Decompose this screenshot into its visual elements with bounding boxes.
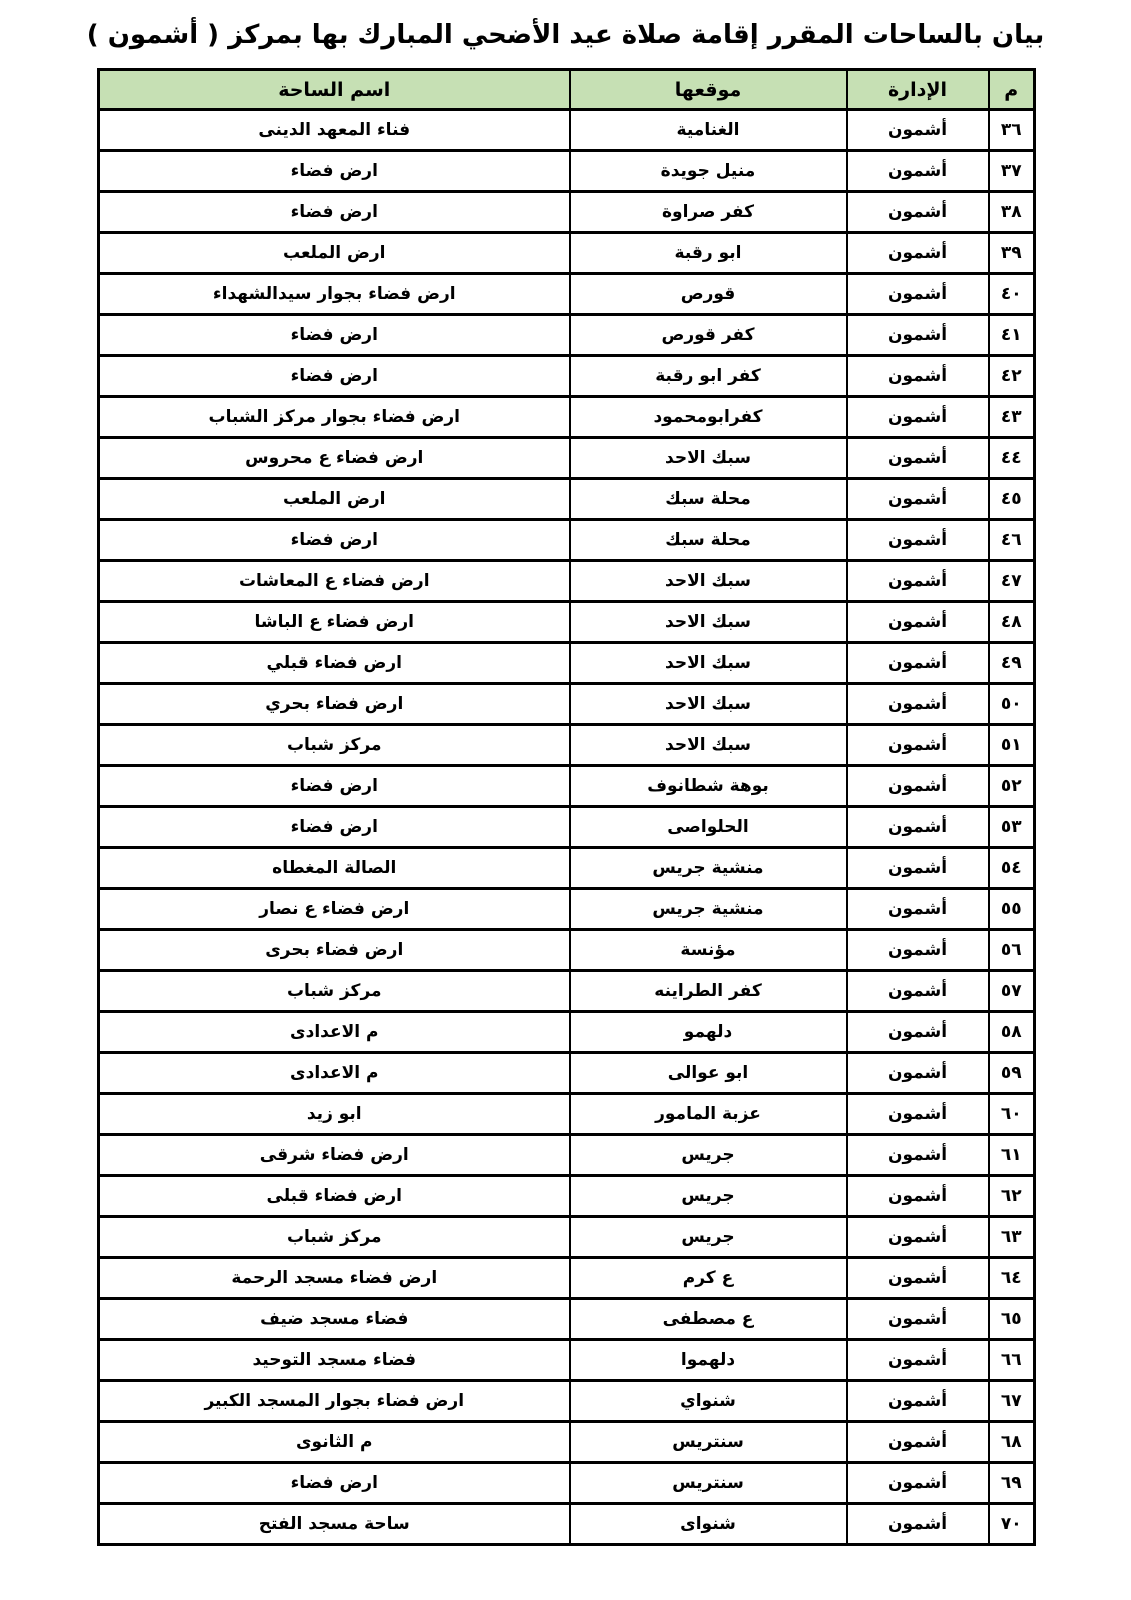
cell-serial: ٤٢ — [989, 356, 1035, 397]
cell-serial: ٦٥ — [989, 1299, 1035, 1340]
table-row: ٤٥ أشمون محلة سبك ارض الملعب — [99, 479, 1035, 520]
table-row: ٣٧ أشمون منيل جويدة ارض فضاء — [99, 151, 1035, 192]
cell-administration: أشمون — [847, 848, 989, 889]
cell-serial: ٤٣ — [989, 397, 1035, 438]
table-row: ٤٩ أشمون سبك الاحد ارض فضاء قبلي — [99, 643, 1035, 684]
table-row: ٦٨ أشمون سنتريس م الثانوى — [99, 1422, 1035, 1463]
cell-name: مركز شباب — [99, 1217, 570, 1258]
cell-location: محلة سبك — [570, 520, 847, 561]
cell-location: جريس — [570, 1135, 847, 1176]
cell-administration: أشمون — [847, 889, 989, 930]
cell-serial: ٥١ — [989, 725, 1035, 766]
table-row: ٤٧ أشمون سبك الاحد ارض فضاء ع المعاشات — [99, 561, 1035, 602]
table-row: ٦٢ أشمون جريس ارض فضاء قبلى — [99, 1176, 1035, 1217]
cell-administration: أشمون — [847, 1340, 989, 1381]
cell-administration: أشمون — [847, 766, 989, 807]
cell-location: بوهة شطانوف — [570, 766, 847, 807]
cell-administration: أشمون — [847, 561, 989, 602]
cell-location: كفر ابو رقبة — [570, 356, 847, 397]
table-row: ٥٤ أشمون منشية جريس الصالة المغطاه — [99, 848, 1035, 889]
cell-location: شنواي — [570, 1381, 847, 1422]
table-row: ٥٠ أشمون سبك الاحد ارض فضاء بحري — [99, 684, 1035, 725]
table-row: ٤٠ أشمون قورص ارض فضاء بجوار سيدالشهداء — [99, 274, 1035, 315]
cell-location: ابو عوالى — [570, 1053, 847, 1094]
cell-administration: أشمون — [847, 1217, 989, 1258]
cell-administration: أشمون — [847, 725, 989, 766]
cell-serial: ٤٥ — [989, 479, 1035, 520]
cell-administration: أشمون — [847, 1504, 989, 1545]
cell-serial: ٧٠ — [989, 1504, 1035, 1545]
cell-name: ارض فضاء — [99, 766, 570, 807]
table-row: ٧٠ أشمون شنواى ساحة مسجد الفتح — [99, 1504, 1035, 1545]
cell-name: ارض فضاء شرقى — [99, 1135, 570, 1176]
cell-serial: ٤٤ — [989, 438, 1035, 479]
table-row: ٦٧ أشمون شنواي ارض فضاء بجوار المسجد الك… — [99, 1381, 1035, 1422]
cell-name: ارض الملعب — [99, 233, 570, 274]
col-header-name: اسم الساحة — [99, 70, 570, 110]
cell-serial: ٤٨ — [989, 602, 1035, 643]
cell-location: سبك الاحد — [570, 643, 847, 684]
cell-serial: ٣٨ — [989, 192, 1035, 233]
cell-name: ارض فضاء بجوار سيدالشهداء — [99, 274, 570, 315]
cell-administration: أشمون — [847, 1176, 989, 1217]
table-row: ٦٩ أشمون سنتريس ارض فضاء — [99, 1463, 1035, 1504]
cell-name: ارض فضاء ع نصار — [99, 889, 570, 930]
cell-location: سبك الاحد — [570, 602, 847, 643]
cell-serial: ٥٤ — [989, 848, 1035, 889]
cell-location: محلة سبك — [570, 479, 847, 520]
cell-name: م الاعدادى — [99, 1053, 570, 1094]
cell-serial: ٥٦ — [989, 930, 1035, 971]
cell-serial: ٤٧ — [989, 561, 1035, 602]
cell-location: كفر صراوة — [570, 192, 847, 233]
cell-administration: أشمون — [847, 315, 989, 356]
cell-location: ع كرم — [570, 1258, 847, 1299]
cell-name: ارض فضاء — [99, 807, 570, 848]
cell-location: منشية جريس — [570, 889, 847, 930]
table-row: ٥٥ أشمون منشية جريس ارض فضاء ع نصار — [99, 889, 1035, 930]
cell-administration: أشمون — [847, 1094, 989, 1135]
cell-serial: ٥٣ — [989, 807, 1035, 848]
cell-administration: أشمون — [847, 643, 989, 684]
cell-name: ابو زيد — [99, 1094, 570, 1135]
table-row: ٦٠ أشمون عزبة المامور ابو زيد — [99, 1094, 1035, 1135]
cell-administration: أشمون — [847, 356, 989, 397]
cell-name: ارض فضاء ع المعاشات — [99, 561, 570, 602]
col-header-serial: م — [989, 70, 1035, 110]
cell-administration: أشمون — [847, 1258, 989, 1299]
cell-location: الحلواصى — [570, 807, 847, 848]
col-header-administration: الإدارة — [847, 70, 989, 110]
cell-location: جريس — [570, 1176, 847, 1217]
cell-serial: ٥٨ — [989, 1012, 1035, 1053]
table-row: ٥٢ أشمون بوهة شطانوف ارض فضاء — [99, 766, 1035, 807]
cell-name: مركز شباب — [99, 725, 570, 766]
cell-name: ارض فضاء ع محروس — [99, 438, 570, 479]
cell-name: الصالة المغطاه — [99, 848, 570, 889]
cell-administration: أشمون — [847, 930, 989, 971]
cell-location: الغنامية — [570, 110, 847, 151]
table-row: ٦١ أشمون جريس ارض فضاء شرقى — [99, 1135, 1035, 1176]
cell-serial: ٦٤ — [989, 1258, 1035, 1299]
table-row: ٥٧ أشمون كفر الطراينه مركز شباب — [99, 971, 1035, 1012]
cell-name: ارض فضاء قبلي — [99, 643, 570, 684]
cell-administration: أشمون — [847, 1135, 989, 1176]
cell-serial: ٥٩ — [989, 1053, 1035, 1094]
cell-administration: أشمون — [847, 684, 989, 725]
cell-name: ارض فضاء — [99, 315, 570, 356]
table-row: ٦٣ أشمون جريس مركز شباب — [99, 1217, 1035, 1258]
cell-administration: أشمون — [847, 520, 989, 561]
cell-location: كفر قورص — [570, 315, 847, 356]
cell-administration: أشمون — [847, 397, 989, 438]
table-row: ٤٨ أشمون سبك الاحد ارض فضاء ع الباشا — [99, 602, 1035, 643]
cell-name: ارض الملعب — [99, 479, 570, 520]
cell-location: سنتريس — [570, 1422, 847, 1463]
cell-administration: أشمون — [847, 807, 989, 848]
table-row: ٥١ أشمون سبك الاحد مركز شباب — [99, 725, 1035, 766]
table-row: ٣٦ أشمون الغنامية فناء المعهد الدينى — [99, 110, 1035, 151]
cell-name: ساحة مسجد الفتح — [99, 1504, 570, 1545]
cell-administration: أشمون — [847, 110, 989, 151]
cell-location: سبك الاحد — [570, 438, 847, 479]
cell-location: عزبة المامور — [570, 1094, 847, 1135]
table-row: ٥٨ أشمون دلهمو م الاعدادى — [99, 1012, 1035, 1053]
table-row: ٦٦ أشمون دلهموا فضاء مسجد التوحيد — [99, 1340, 1035, 1381]
cell-name: ارض فضاء بجوار مركز الشباب — [99, 397, 570, 438]
table-row: ٣٨ أشمون كفر صراوة ارض فضاء — [99, 192, 1035, 233]
table-body: ٣٦ أشمون الغنامية فناء المعهد الدينى ٣٧ … — [99, 110, 1035, 1545]
table-row: ٤٦ أشمون محلة سبك ارض فضاء — [99, 520, 1035, 561]
cell-serial: ٦٣ — [989, 1217, 1035, 1258]
cell-name: فضاء مسجد التوحيد — [99, 1340, 570, 1381]
cell-name: ارض فضاء — [99, 356, 570, 397]
cell-location: دلهمو — [570, 1012, 847, 1053]
cell-administration: أشمون — [847, 274, 989, 315]
cell-name: ارض فضاء — [99, 1463, 570, 1504]
cell-name: ارض فضاء — [99, 151, 570, 192]
cell-administration: أشمون — [847, 151, 989, 192]
cell-administration: أشمون — [847, 971, 989, 1012]
cell-location: سبك الاحد — [570, 561, 847, 602]
cell-location: كفرابومحمود — [570, 397, 847, 438]
col-header-location: موقعها — [570, 70, 847, 110]
table-row: ٤٢ أشمون كفر ابو رقبة ارض فضاء — [99, 356, 1035, 397]
cell-location: سنتريس — [570, 1463, 847, 1504]
cell-administration: أشمون — [847, 233, 989, 274]
cell-location: منشية جريس — [570, 848, 847, 889]
cell-location: سبك الاحد — [570, 725, 847, 766]
cell-serial: ٥٢ — [989, 766, 1035, 807]
cell-name: ارض فضاء مسجد الرحمة — [99, 1258, 570, 1299]
cell-serial: ٥٧ — [989, 971, 1035, 1012]
table-row: ٦٥ أشمون ع مصطفى فضاء مسجد ضيف — [99, 1299, 1035, 1340]
page-title: بيان بالساحات المقرر إقامة صلاة عيد الأض… — [0, 20, 1131, 50]
table-row: ٤٤ أشمون سبك الاحد ارض فضاء ع محروس — [99, 438, 1035, 479]
cell-name: فضاء مسجد ضيف — [99, 1299, 570, 1340]
table-row: ٣٩ أشمون ابو رقبة ارض الملعب — [99, 233, 1035, 274]
cell-location: دلهموا — [570, 1340, 847, 1381]
cell-name: ارض فضاء — [99, 520, 570, 561]
cell-administration: أشمون — [847, 1422, 989, 1463]
cell-administration: أشمون — [847, 1381, 989, 1422]
cell-serial: ٦٩ — [989, 1463, 1035, 1504]
prayer-locations-table: م الإدارة موقعها اسم الساحة ٣٦ أشمون الغ… — [97, 68, 1036, 1546]
table-header: م الإدارة موقعها اسم الساحة — [99, 70, 1035, 110]
cell-location: مؤنسة — [570, 930, 847, 971]
cell-administration: أشمون — [847, 602, 989, 643]
cell-administration: أشمون — [847, 1299, 989, 1340]
cell-serial: ٤٩ — [989, 643, 1035, 684]
cell-location: شنواى — [570, 1504, 847, 1545]
cell-serial: ٤٦ — [989, 520, 1035, 561]
cell-administration: أشمون — [847, 1053, 989, 1094]
cell-name: ارض فضاء قبلى — [99, 1176, 570, 1217]
cell-serial: ٤١ — [989, 315, 1035, 356]
cell-serial: ٥٥ — [989, 889, 1035, 930]
cell-serial: ٦٧ — [989, 1381, 1035, 1422]
table-row: ٥٣ أشمون الحلواصى ارض فضاء — [99, 807, 1035, 848]
cell-serial: ٦٨ — [989, 1422, 1035, 1463]
cell-name: فناء المعهد الدينى — [99, 110, 570, 151]
cell-name: م الثانوى — [99, 1422, 570, 1463]
cell-location: كفر الطراينه — [570, 971, 847, 1012]
table-row: ٦٤ أشمون ع كرم ارض فضاء مسجد الرحمة — [99, 1258, 1035, 1299]
cell-name: ارض فضاء بحرى — [99, 930, 570, 971]
cell-name: ارض فضاء ع الباشا — [99, 602, 570, 643]
cell-serial: ٦٠ — [989, 1094, 1035, 1135]
cell-location: قورص — [570, 274, 847, 315]
table-row: ٤٣ أشمون كفرابومحمود ارض فضاء بجوار مركز… — [99, 397, 1035, 438]
table-row: ٤١ أشمون كفر قورص ارض فضاء — [99, 315, 1035, 356]
cell-serial: ٦٦ — [989, 1340, 1035, 1381]
cell-administration: أشمون — [847, 1012, 989, 1053]
cell-location: سبك الاحد — [570, 684, 847, 725]
cell-location: ع مصطفى — [570, 1299, 847, 1340]
cell-serial: ٤٠ — [989, 274, 1035, 315]
cell-serial: ٣٩ — [989, 233, 1035, 274]
cell-name: ارض فضاء بحري — [99, 684, 570, 725]
cell-administration: أشمون — [847, 479, 989, 520]
cell-location: جريس — [570, 1217, 847, 1258]
cell-administration: أشمون — [847, 1463, 989, 1504]
cell-location: منيل جويدة — [570, 151, 847, 192]
cell-name: ارض فضاء بجوار المسجد الكبير — [99, 1381, 570, 1422]
cell-serial: ٣٧ — [989, 151, 1035, 192]
cell-administration: أشمون — [847, 192, 989, 233]
cell-location: ابو رقبة — [570, 233, 847, 274]
cell-name: ارض فضاء — [99, 192, 570, 233]
table-row: ٥٦ أشمون مؤنسة ارض فضاء بحرى — [99, 930, 1035, 971]
cell-administration: أشمون — [847, 438, 989, 479]
document-page: بيان بالساحات المقرر إقامة صلاة عيد الأض… — [0, 0, 1131, 1600]
table-row: ٥٩ أشمون ابو عوالى م الاعدادى — [99, 1053, 1035, 1094]
cell-serial: ٦١ — [989, 1135, 1035, 1176]
cell-serial: ٣٦ — [989, 110, 1035, 151]
cell-name: م الاعدادى — [99, 1012, 570, 1053]
cell-serial: ٦٢ — [989, 1176, 1035, 1217]
header-row: م الإدارة موقعها اسم الساحة — [99, 70, 1035, 110]
cell-serial: ٥٠ — [989, 684, 1035, 725]
cell-name: مركز شباب — [99, 971, 570, 1012]
